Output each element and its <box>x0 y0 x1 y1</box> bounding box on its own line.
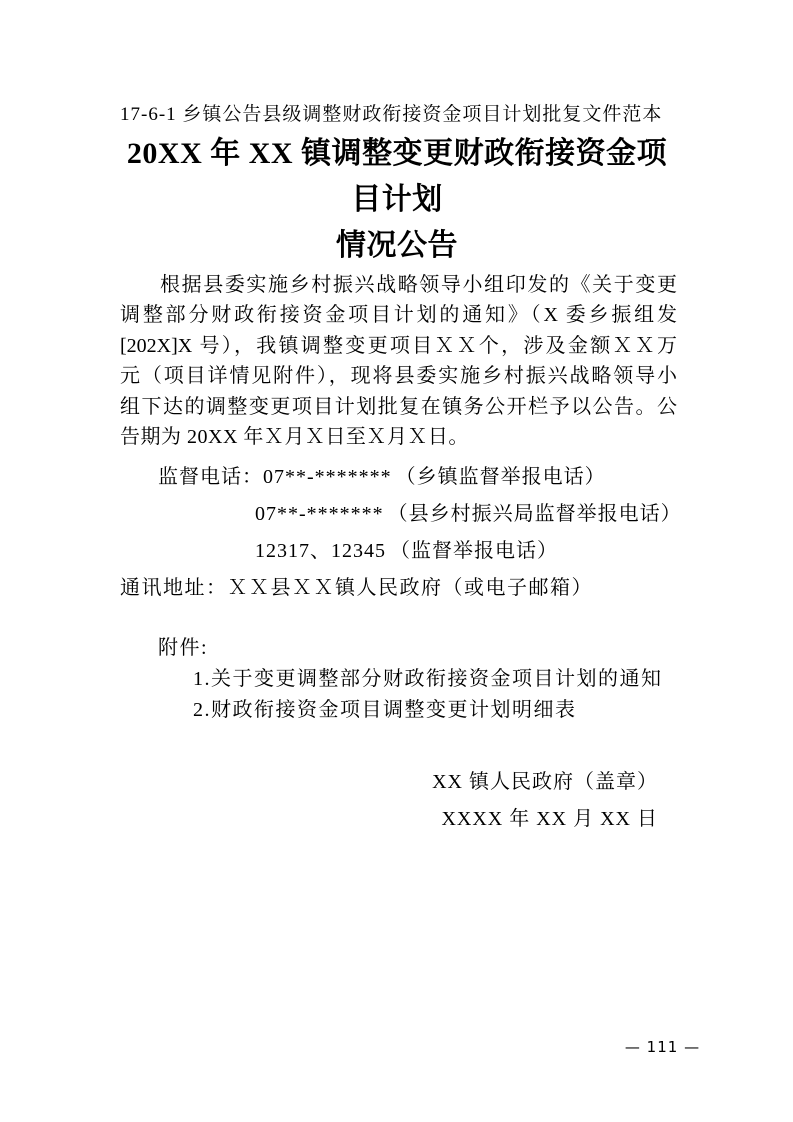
document-title-line-1: 20XX 年 XX 镇调整变更财政衔接资金项目计划 <box>118 131 676 223</box>
contact-info-block: 监督电话：07**-*******（乡镇监督举报电话） 07**-*******… <box>120 459 677 607</box>
township-phone-note: （乡镇监督举报电话） <box>396 466 606 488</box>
attachment-item-2: 2.财政衔接资金项目调整变更计划明细表 <box>120 695 677 726</box>
body-paragraph-line: 告期为 20XX 年Ｘ月Ｘ日至Ｘ月Ｘ日。 <box>120 422 677 452</box>
mailing-address-line: 通讯地址：ＸＸ县ＸＸ镇人民政府（或电子邮箱） <box>120 570 677 607</box>
supervision-phone-line-2: 07**-*******（县乡村振兴局监督举报电话） <box>120 496 677 533</box>
body-paragraph-line: 调整部分财政衔接资金项目计划的通知》（X 委乡振组发 <box>120 300 677 330</box>
attachments-label: 附件: <box>120 633 677 664</box>
mailing-address-label: 通讯地址： <box>120 577 228 599</box>
signature-date: XXXX 年 XX 月 XX 日 <box>120 801 658 838</box>
document-header-note: 17-6-1 乡镇公告县级调整财政衔接资金项目计划批复文件范本 <box>120 99 676 126</box>
county-bureau-phone-number: 07**-******* <box>255 503 384 525</box>
body-paragraph-line: [202X]X 号），我镇调整变更项目ＸＸ个，涉及金额ＸＸ万 <box>120 331 677 361</box>
attachment-item-1: 1.关于变更调整部分财政衔接资金项目计划的通知 <box>120 664 677 695</box>
document-title: 20XX 年 XX 镇调整变更财政衔接资金项目计划 情况公告 <box>118 131 676 269</box>
body-paragraph-line: 组下达的调整变更项目计划批复在镇务公开栏予以公告。公 <box>120 392 677 422</box>
mailing-address-value: ＸＸ县ＸＸ镇人民政府（或电子邮箱） <box>228 577 594 599</box>
township-phone-number: 07**-******* <box>263 466 392 488</box>
page-number: — 111 — <box>620 1038 705 1056</box>
signature-issuer: XX 镇人民政府（盖章） <box>120 764 658 801</box>
supervision-phone-label: 监督电话： <box>158 466 263 488</box>
body-paragraph-line: 元（项目详情见附件），现将县委实施乡村振兴战略领导小 <box>120 361 677 391</box>
document-title-line-2: 情况公告 <box>118 223 676 269</box>
document-page: 17-6-1 乡镇公告县级调整财政衔接资金项目计划批复文件范本 20XX 年 X… <box>0 0 793 1122</box>
body-paragraph-line: 根据县委实施乡村振兴战略领导小组印发的《关于变更 <box>120 270 677 300</box>
hotline-phone-note: （监督举报电话） <box>390 540 558 562</box>
county-bureau-phone-note: （县乡村振兴局监督举报电话） <box>388 503 682 525</box>
supervision-phone-line-1: 监督电话：07**-*******（乡镇监督举报电话） <box>120 459 677 496</box>
body-paragraph: 根据县委实施乡村振兴战略领导小组印发的《关于变更 调整部分财政衔接资金项目计划的… <box>120 270 677 452</box>
supervision-phone-line-3: 12317、12345（监督举报电话） <box>120 533 677 570</box>
attachments-block: 附件: 1.关于变更调整部分财政衔接资金项目计划的通知 2.财政衔接资金项目调整… <box>120 633 677 726</box>
signature-block: XX 镇人民政府（盖章） XXXX 年 XX 月 XX 日 <box>120 764 658 838</box>
hotline-phone-numbers: 12317、12345 <box>255 540 386 562</box>
